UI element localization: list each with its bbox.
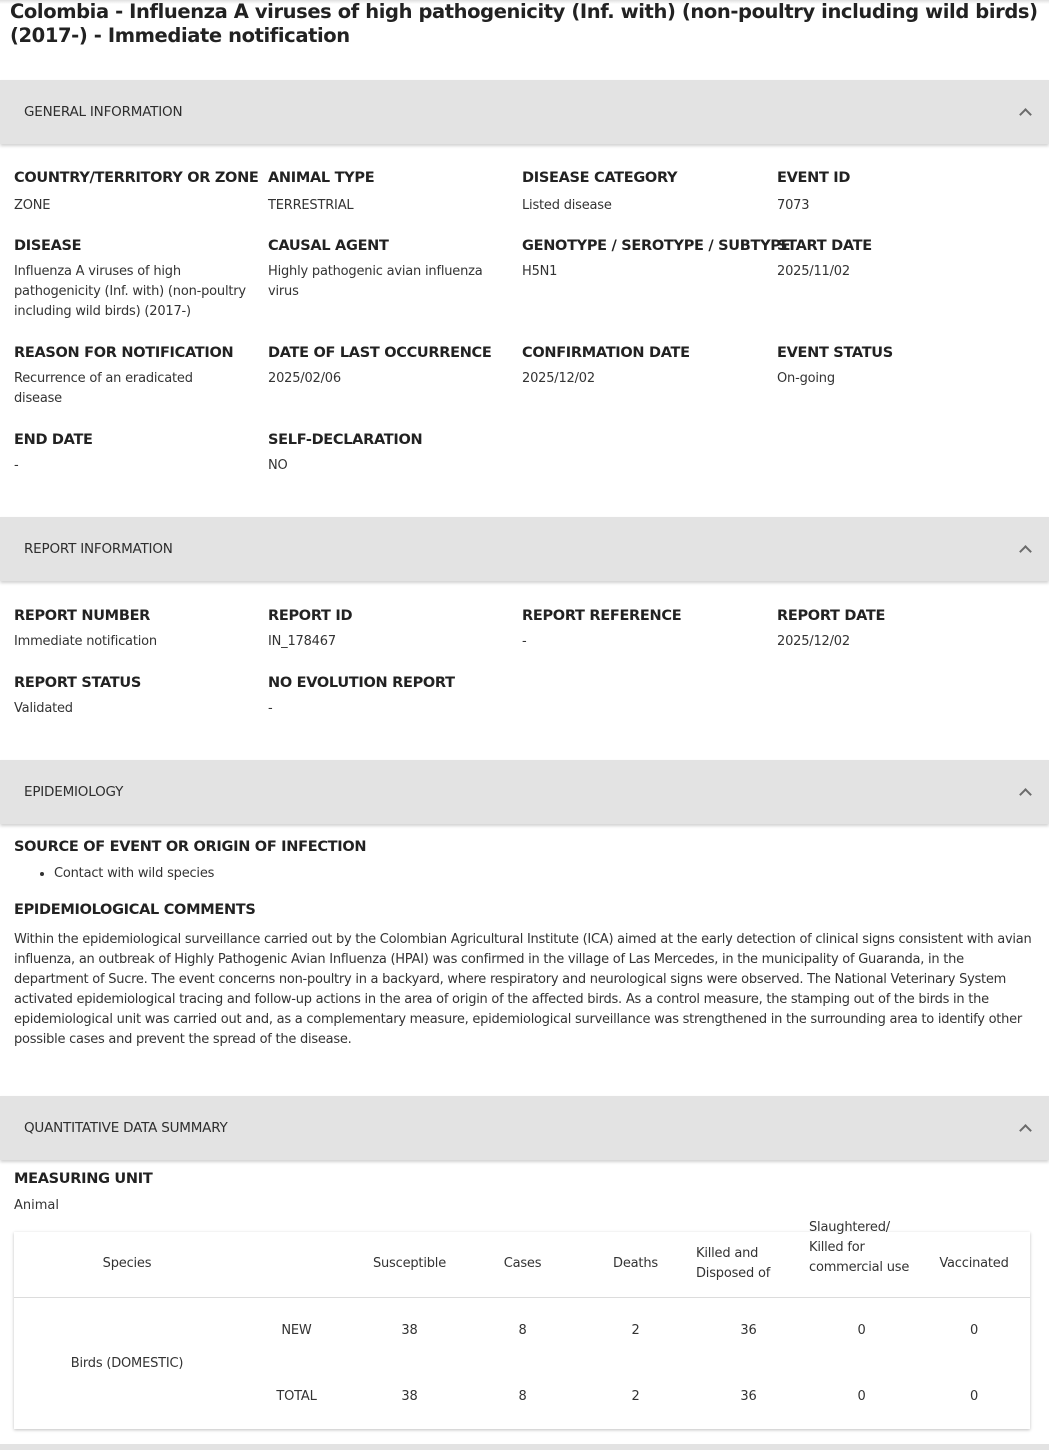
field-start-date: START DATE 2025/11/02 [777, 237, 1027, 282]
epidemiological-comments-label: EPIDEMIOLOGICAL COMMENTS [14, 902, 256, 918]
field-country-zone: COUNTRY/TERRITORY OR ZONE ZONE [14, 169, 264, 216]
field-value: Validated [14, 699, 264, 719]
field-label: SELF-DECLARATION [268, 431, 518, 449]
field-label: CONFIRMATION DATE [522, 344, 772, 362]
table-row: Birds (DOMESTIC) NEW 38 8 2 36 0 0 [14, 1297, 1030, 1363]
field-label: NO EVOLUTION REPORT [268, 674, 518, 692]
field-report-reference: REPORT REFERENCE - [522, 607, 772, 652]
field-label: EVENT STATUS [777, 344, 1027, 362]
panel-header-epidemiology[interactable]: EPIDEMIOLOGY [0, 760, 1049, 824]
column-header-susceptible: Susceptible [353, 1232, 466, 1297]
field-value: 2025/11/02 [777, 262, 1027, 282]
column-header-slaughtered: Slaughtered/ Killed for commercial use [805, 1232, 918, 1297]
field-value: 2025/12/02 [522, 369, 772, 389]
chevron-up-icon[interactable] [1019, 108, 1032, 121]
field-label: REPORT REFERENCE [522, 607, 772, 625]
field-event-id: EVENT ID 7073 [777, 169, 1027, 216]
susceptible-cell: 38 [353, 1297, 466, 1363]
source-list: Contact with wild species [14, 866, 214, 881]
field-value: IN_178467 [268, 632, 518, 652]
slaughtered-cell: 0 [805, 1363, 918, 1429]
panel-title: REPORT INFORMATION [24, 541, 173, 557]
field-label: START DATE [777, 237, 1027, 255]
field-label: DISEASE CATEGORY [522, 169, 772, 187]
chevron-up-icon[interactable] [1019, 545, 1032, 558]
panel-header-general-information[interactable]: GENERAL INFORMATION [0, 80, 1049, 144]
source-of-event-label: SOURCE OF EVENT OR ORIGIN OF INFECTION [14, 839, 366, 855]
field-value: Influenza A viruses of high pathogenicit… [14, 262, 260, 322]
column-header-type [240, 1232, 353, 1297]
column-header-killed-disposed: Killed and Disposed of [692, 1232, 805, 1297]
row-type-cell: TOTAL [240, 1363, 353, 1429]
field-value: ZONE [14, 196, 264, 216]
cases-cell: 8 [466, 1363, 579, 1429]
cases-cell: 8 [466, 1297, 579, 1363]
field-label: DATE OF LAST OCCURRENCE [268, 344, 518, 362]
killed-disposed-cell: 36 [692, 1363, 805, 1429]
field-value: - [268, 699, 518, 719]
field-value: 2025/12/02 [777, 632, 1027, 652]
field-disease-category: DISEASE CATEGORY Listed disease [522, 169, 772, 216]
row-type-cell: NEW [240, 1297, 353, 1363]
field-label: CAUSAL AGENT [268, 237, 514, 255]
field-date-of-last-occurrence: DATE OF LAST OCCURRENCE 2025/02/06 [268, 344, 518, 389]
field-label: COUNTRY/TERRITORY OR ZONE [14, 169, 264, 187]
field-reason-for-notification: REASON FOR NOTIFICATION Recurrence of an… [14, 344, 244, 409]
vaccinated-cell: 0 [918, 1363, 1030, 1429]
field-value: TERRESTRIAL [268, 196, 518, 216]
field-label: REPORT DATE [777, 607, 1027, 625]
next-panel-header-edge [0, 1444, 1049, 1450]
field-event-status: EVENT STATUS On-going [777, 344, 1027, 389]
measuring-unit-value: Animal [14, 1198, 59, 1213]
epidemiological-comments: Within the epidemiological surveillance … [14, 930, 1036, 1050]
field-self-declaration: SELF-DECLARATION NO [268, 431, 518, 476]
field-animal-type: ANIMAL TYPE TERRESTRIAL [268, 169, 518, 216]
list-item: Contact with wild species [54, 866, 214, 881]
field-label: REASON FOR NOTIFICATION [14, 344, 244, 362]
field-confirmation-date: CONFIRMATION DATE 2025/12/02 [522, 344, 772, 389]
panel-title: QUANTITATIVE DATA SUMMARY [24, 1120, 228, 1136]
field-label: END DATE [14, 431, 264, 449]
panel-header-report-information[interactable]: REPORT INFORMATION [0, 517, 1049, 581]
vaccinated-cell: 0 [918, 1297, 1030, 1363]
susceptible-cell: 38 [353, 1363, 466, 1429]
measuring-unit-label: MEASURING UNIT [14, 1171, 152, 1187]
column-header-vaccinated: Vaccinated [918, 1232, 1030, 1297]
field-value: - [522, 632, 772, 652]
field-value: On-going [777, 369, 1027, 389]
species-cell: Birds (DOMESTIC) [14, 1297, 240, 1429]
column-header-species: Species [14, 1232, 240, 1297]
field-label: GENOTYPE / SEROTYPE / SUBTYPE [522, 237, 772, 255]
field-label: REPORT STATUS [14, 674, 264, 692]
field-label: EVENT ID [777, 169, 1027, 187]
panel-title: GENERAL INFORMATION [24, 104, 182, 120]
field-causal-agent: CAUSAL AGENT Highly pathogenic avian inf… [268, 237, 514, 302]
field-label: ANIMAL TYPE [268, 169, 518, 187]
panel-title: EPIDEMIOLOGY [24, 784, 123, 800]
field-label: DISEASE [14, 237, 260, 255]
field-label: REPORT ID [268, 607, 518, 625]
field-no-evolution-report: NO EVOLUTION REPORT - [268, 674, 518, 719]
slaughtered-cell: 0 [805, 1297, 918, 1363]
field-end-date: END DATE - [14, 431, 264, 476]
column-header-cases: Cases [466, 1232, 579, 1297]
field-value: Recurrence of an eradicated disease [14, 369, 244, 409]
field-label: REPORT NUMBER [14, 607, 264, 625]
page-title: Colombia - Influenza A viruses of high p… [10, 0, 1045, 48]
field-disease: DISEASE Influenza A viruses of high path… [14, 237, 260, 322]
field-value: Highly pathogenic avian influenza virus [268, 262, 514, 302]
field-value: Immediate notification [14, 632, 264, 652]
chevron-up-icon[interactable] [1019, 788, 1032, 801]
field-value: Listed disease [522, 196, 772, 216]
field-value: H5N1 [522, 262, 772, 282]
field-value: NO [268, 456, 518, 476]
quantitative-table-card: Species Susceptible Cases Deaths Killed … [14, 1232, 1030, 1429]
field-report-id: REPORT ID IN_178467 [268, 607, 518, 652]
field-genotype-serotype-subtype: GENOTYPE / SEROTYPE / SUBTYPE H5N1 [522, 237, 772, 282]
panel-header-quantitative-data-summary[interactable]: QUANTITATIVE DATA SUMMARY [0, 1096, 1049, 1160]
field-value: 7073 [777, 196, 1027, 216]
field-value: - [14, 456, 264, 476]
quantitative-table: Species Susceptible Cases Deaths Killed … [14, 1232, 1030, 1429]
deaths-cell: 2 [579, 1297, 692, 1363]
table-header-row: Species Susceptible Cases Deaths Killed … [14, 1232, 1030, 1297]
chevron-up-icon[interactable] [1019, 1124, 1032, 1137]
field-value: 2025/02/06 [268, 369, 518, 389]
field-report-number: REPORT NUMBER Immediate notification [14, 607, 264, 652]
killed-disposed-cell: 36 [692, 1297, 805, 1363]
field-report-status: REPORT STATUS Validated [14, 674, 264, 719]
column-header-deaths: Deaths [579, 1232, 692, 1297]
deaths-cell: 2 [579, 1363, 692, 1429]
field-report-date: REPORT DATE 2025/12/02 [777, 607, 1027, 652]
